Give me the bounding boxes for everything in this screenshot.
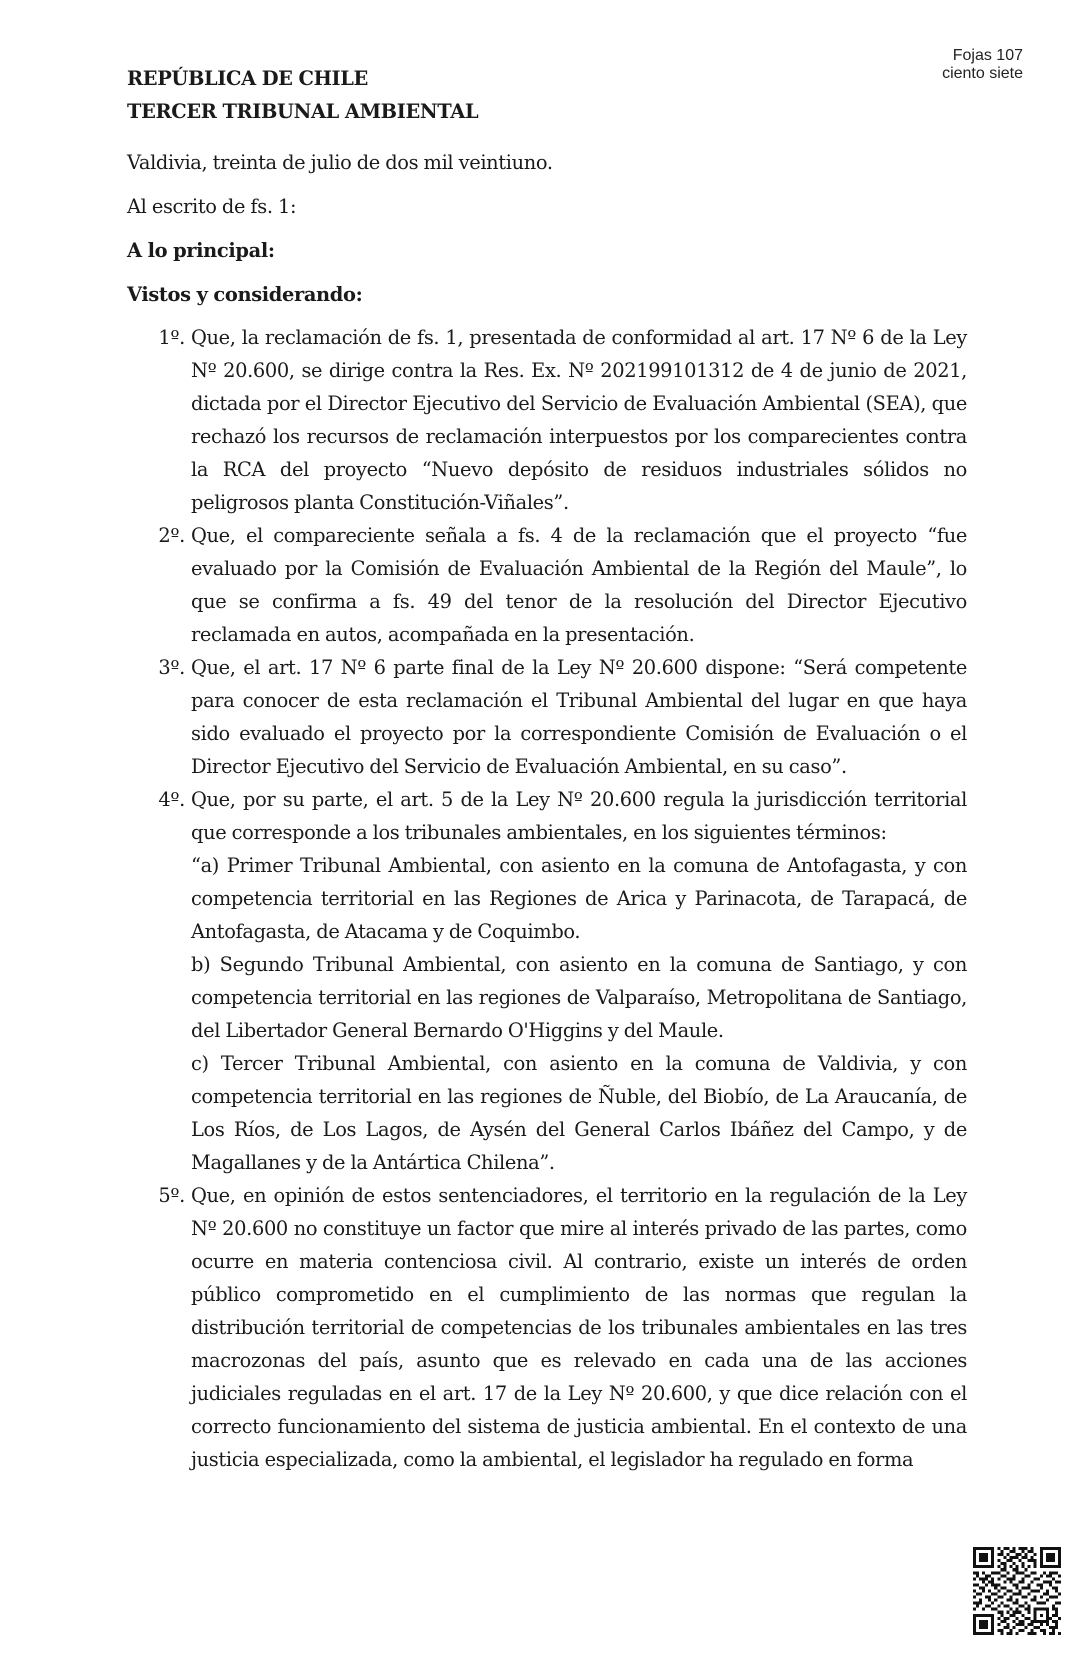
considerando-paragraph: Que, en opinión de estos sentenciadores,… xyxy=(191,1179,967,1476)
considerando-ordinal: 3º. xyxy=(127,651,191,684)
considerando-text: Que, por su parte, el art. 5 de la Ley N… xyxy=(191,783,967,1179)
document-page: REPÚBLICA DE CHILE TERCER TRIBUNAL AMBIE… xyxy=(127,62,967,1476)
considerando-paragraph: Que, la reclamación de fs. 1, presentada… xyxy=(191,321,967,519)
considerando-ordinal: 4º. xyxy=(127,783,191,816)
considerando-ordinal: 2º. xyxy=(127,519,191,552)
principal-heading: A lo principal: xyxy=(127,234,967,267)
considerandos-list: 1º. Que, la reclamación de fs. 1, presen… xyxy=(127,321,967,1476)
considerando-item: 1º. Que, la reclamación de fs. 1, presen… xyxy=(127,321,967,519)
quoted-clause-a: “a) Primer Tribunal Ambiental, con asien… xyxy=(191,849,967,948)
considerando-paragraph: Que, el compareciente señala a fs. 4 de … xyxy=(191,519,967,651)
considerando-text: Que, el art. 17 Nº 6 parte final de la L… xyxy=(191,651,967,783)
considerando-item: 3º. Que, el art. 17 Nº 6 parte final de … xyxy=(127,651,967,783)
considerando-text: Que, la reclamación de fs. 1, presentada… xyxy=(191,321,967,519)
considerando-item: 5º. Que, en opinión de estos sentenciado… xyxy=(127,1179,967,1476)
considerando-paragraph: Que, por su parte, el art. 5 de la Ley N… xyxy=(191,783,967,849)
considerando-ordinal: 5º. xyxy=(127,1179,191,1212)
vistos-heading: Vistos y considerando: xyxy=(127,278,967,311)
escrito-line: Al escrito de fs. 1: xyxy=(127,190,967,223)
considerando-paragraph: Que, el art. 17 Nº 6 parte final de la L… xyxy=(191,651,967,783)
court-heading: TERCER TRIBUNAL AMBIENTAL xyxy=(127,95,967,128)
country-heading: REPÚBLICA DE CHILE xyxy=(127,62,967,95)
date-line: Valdivia, treinta de julio de dos mil ve… xyxy=(127,146,967,179)
considerando-text: Que, el compareciente señala a fs. 4 de … xyxy=(191,519,967,651)
quoted-clause-b: b) Segundo Tribunal Ambiental, con asien… xyxy=(191,948,967,1047)
quoted-clause-c: c) Tercer Tribunal Ambiental, con asient… xyxy=(191,1047,967,1179)
qr-code-icon xyxy=(973,1546,1061,1636)
considerando-item: 2º. Que, el compareciente señala a fs. 4… xyxy=(127,519,967,651)
considerando-ordinal: 1º. xyxy=(127,321,191,354)
considerando-item: 4º. Que, por su parte, el art. 5 de la L… xyxy=(127,783,967,1179)
considerando-text: Que, en opinión de estos sentenciadores,… xyxy=(191,1179,967,1476)
